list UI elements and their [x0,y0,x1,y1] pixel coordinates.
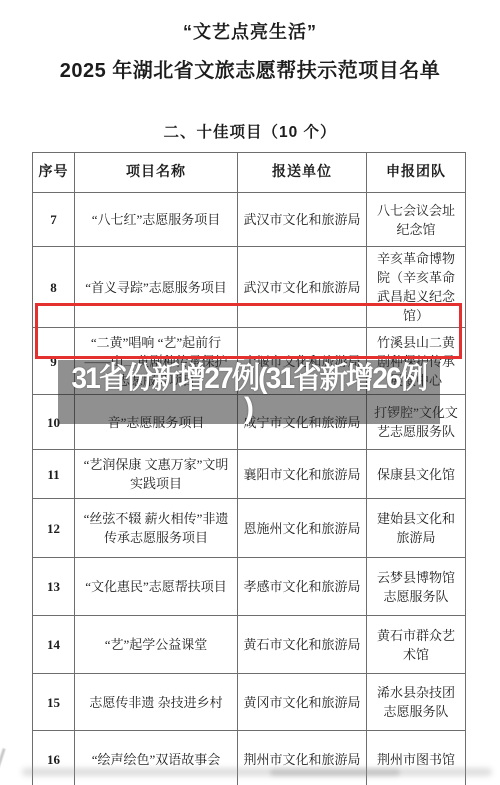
row-unit: 黄冈市文化和旅游局 [238,674,367,731]
row-project-name: “艺”起学公益课堂 [75,616,238,674]
row-no: 16 [33,731,75,785]
row-no: 13 [33,558,75,616]
row-unit: 恩施州文化和旅游局 [238,499,367,558]
table-row: 14 “艺”起学公益课堂 黄石市文化和旅游局 黄石市群众艺术馆 [33,616,466,674]
table-row: 16 “绘声绘色”双语故事会 荆州市文化和旅游局 荆州市图书馆 [33,731,466,785]
row-unit: 武汉市文化和旅游局 [238,193,367,247]
row-unit: 荆州市文化和旅游局 [238,731,367,785]
row-unit: 武汉市文化和旅游局 [238,247,367,328]
doc-title-line2: 2025 年湖北省文旅志愿帮扶示范项目名单 [0,54,500,83]
col-header-no: 序号 [33,153,75,193]
bottom-blur-artifact [22,768,492,776]
row-no: 11 [33,450,75,499]
doc-title-line1: “文艺点亮生活” [0,18,500,44]
table-row: 8 “首义寻踪”志愿服务项目 武汉市文化和旅游局 辛亥革命博物院（辛亥革命武昌起… [33,247,466,328]
left-edge-scan-artifact [0,748,6,772]
news-caption-line1: 31省份新增27例(31省新增26例 [72,362,427,395]
section-title: 二、十佳项目（10 个） [0,120,500,142]
table-row: 11 “艺润保康 文惠万家”文明实践项目 襄阳市文化和旅游局 保康县文化馆 [33,450,466,499]
row-team: 建始县文化和旅游局 [367,499,466,558]
row-project-name: “艺润保康 文惠万家”文明实践项目 [75,450,238,499]
col-header-name: 项目名称 [75,153,238,193]
news-caption-line2: ) [244,395,254,422]
row-project-name: “首义寻踪”志愿服务项目 [75,247,238,328]
row-team: 辛亥革命博物院（辛亥革命武昌起义纪念馆） [367,247,466,328]
row-team: 八七会议会址纪念馆 [367,193,466,247]
row-team: 浠水县杂技团志愿服务队 [367,674,466,731]
row-team: 荆州市图书馆 [367,731,466,785]
table-row: 13 “文化惠民”志愿帮扶项目 孝感市文化和旅游局 云梦县博物馆志愿服务队 [33,558,466,616]
row-project-name: “绘声绘色”双语故事会 [75,731,238,785]
row-unit: 黄石市文化和旅游局 [238,616,367,674]
row-no: 8 [33,247,75,328]
row-no: 15 [33,674,75,731]
table-row: 15 志愿传非遗 杂技进乡村 黄冈市文化和旅游局 浠水县杂技团志愿服务队 [33,674,466,731]
bottom-blur-artifact-2 [270,769,400,776]
row-unit: 孝感市文化和旅游局 [238,558,367,616]
row-project-name: “文化惠民”志愿帮扶项目 [75,558,238,616]
col-header-unit: 报送单位 [238,153,367,193]
row-no: 7 [33,193,75,247]
row-team: 云梦县博物馆志愿服务队 [367,558,466,616]
table-row: 12 “丝弦不辍 薪火相传”非遗传承志愿服务项目 恩施州文化和旅游局 建始县文化… [33,499,466,558]
row-project-name: 志愿传非遗 杂技进乡村 [75,674,238,731]
row-no: 12 [33,499,75,558]
row-no: 14 [33,616,75,674]
col-header-team: 申报团队 [367,153,466,193]
row-team: 黄石市群众艺术馆 [367,616,466,674]
row-unit: 襄阳市文化和旅游局 [238,450,367,499]
table-header-row: 序号 项目名称 报送单位 申报团队 [33,153,466,193]
top-ten-projects-table: 序号 项目名称 报送单位 申报团队 7 “八七红”志愿服务项目 武汉市文化和旅游… [32,152,466,785]
news-caption-overlay: 31省份新增27例(31省新增26例 ) [58,360,440,424]
row-project-name: “丝弦不辍 薪火相传”非遗传承志愿服务项目 [75,499,238,558]
row-project-name: “八七红”志愿服务项目 [75,193,238,247]
row-team: 保康县文化馆 [367,450,466,499]
table-row: 7 “八七红”志愿服务项目 武汉市文化和旅游局 八七会议会址纪念馆 [33,193,466,247]
